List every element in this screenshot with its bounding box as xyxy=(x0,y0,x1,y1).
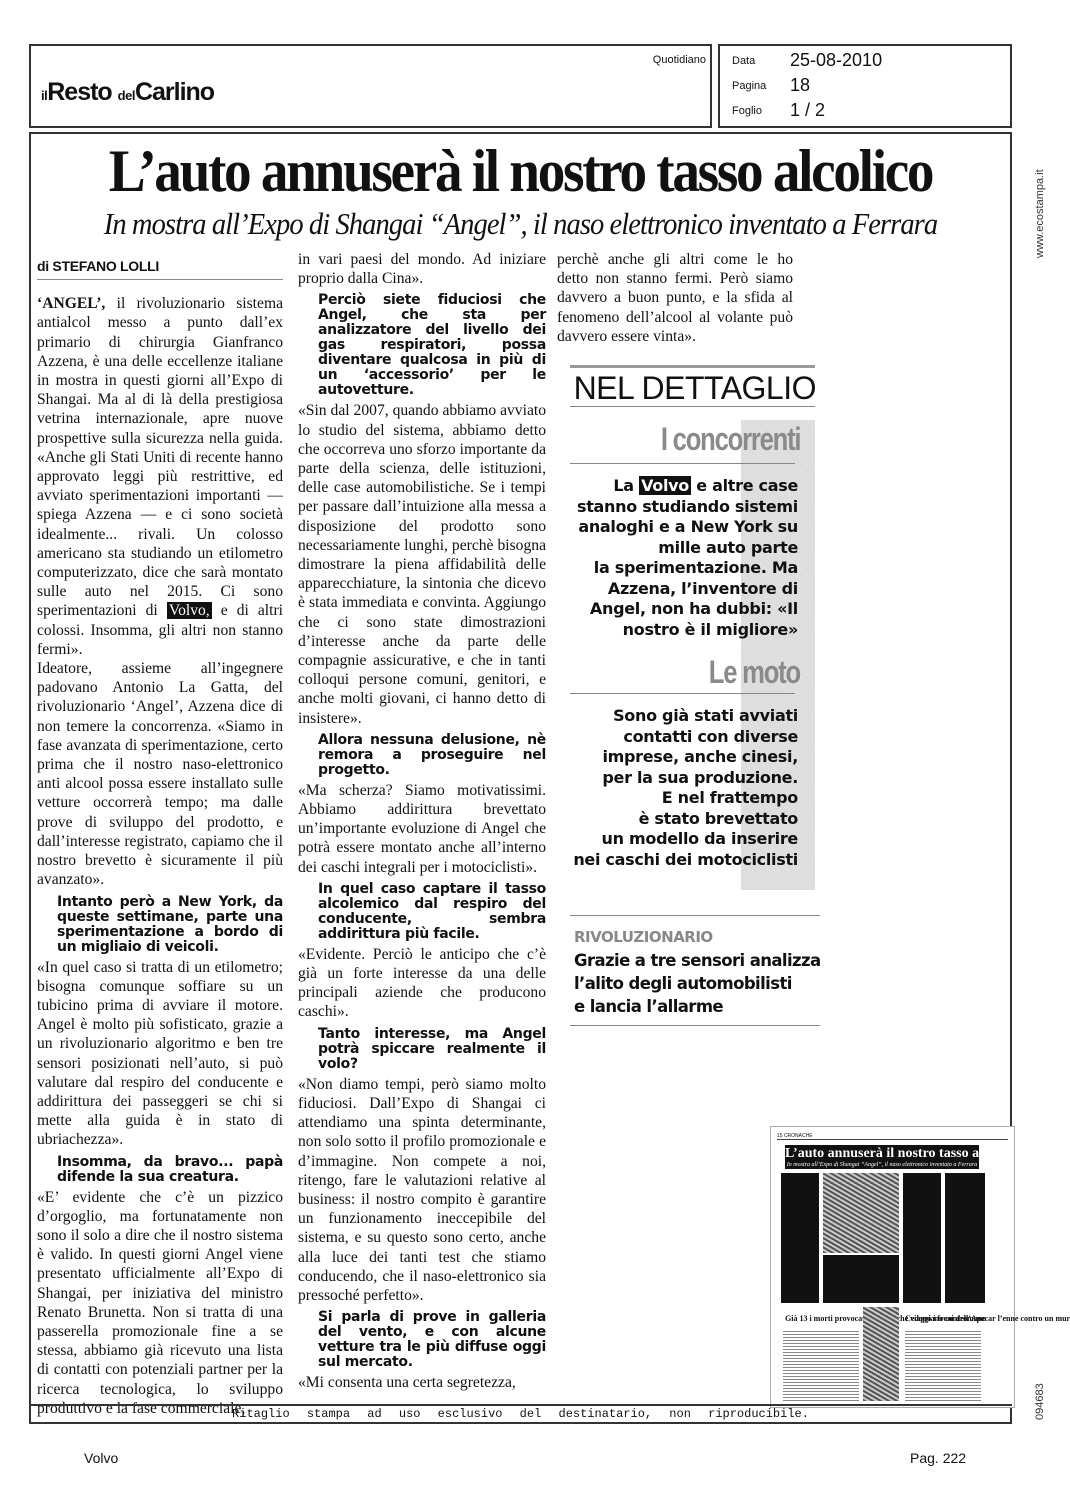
thumbnail-column xyxy=(781,1173,819,1303)
sidebar-text-competitors: La Volvo e altre case stanno studiando s… xyxy=(538,476,798,640)
paragraph: «Ma scherza? Siamo motivatissimi. Abbiam… xyxy=(298,781,546,877)
paragraph: ‘ANGEL’, il rivoluzionario sistema antia… xyxy=(37,294,283,659)
interview-question: Insomma, da bravo... papà difende la sua… xyxy=(57,1155,283,1185)
footer-page: Pag. 222 xyxy=(910,1450,966,1466)
divider xyxy=(570,406,815,407)
paragraph-text: il rivoluzionario sistema antialcol mess… xyxy=(37,295,283,619)
paragraph: «Sin dal 2007, quando abbiamo avviato lo… xyxy=(298,401,546,727)
lead-word: ‘ANGEL’, xyxy=(37,295,105,312)
meta-page: Pagina18 xyxy=(732,75,810,96)
logo-mid: del xyxy=(118,88,135,103)
meta-value: 18 xyxy=(790,75,810,95)
thumbnail-story-3-title: Cedono i freni dell’Apecar l’enne contro… xyxy=(905,1314,1070,1323)
thumbnail-text-block xyxy=(905,1331,981,1401)
issue-meta-box: Data25-08-2010 Pagina18 Foglio1 / 2 xyxy=(718,44,1012,128)
interview-question: Intanto però a New York, da queste setti… xyxy=(57,895,283,955)
meta-label: Foglio xyxy=(732,105,790,117)
paragraph: «Non diamo tempi, però siamo molto fiduc… xyxy=(298,1075,546,1305)
kicker-text: Grazie a tre sensori analizza l’alito de… xyxy=(574,949,824,1018)
paragraph: in vari paesi del mondo. Ad iniziare pro… xyxy=(298,250,546,288)
article-subheadline: In mostra all’Expo di Shangai “Angel”, i… xyxy=(70,206,971,242)
highlight-volvo: Volvo, xyxy=(167,602,212,619)
interview-question: In quel caso captare il tasso alcolemico… xyxy=(318,882,546,942)
article-headline: L’auto annuserà il nostro tasso alcolico xyxy=(70,136,971,206)
paragraph: «Evidente. Perciò le anticipo che c’è gi… xyxy=(298,945,546,1022)
sidebar-heading-competitors: I concorrenti xyxy=(661,421,800,458)
thumbnail-section-bar: 15 CRONACHE xyxy=(777,1133,1008,1140)
meta-sheet: Foglio1 / 2 xyxy=(732,100,825,121)
sidebar-text-motorbikes: Sono già stati avviati contatti con dive… xyxy=(538,706,798,870)
thumbnail-column xyxy=(823,1255,899,1303)
thumbnail-photo xyxy=(823,1173,899,1253)
divider xyxy=(570,463,795,464)
thumbnail-photo xyxy=(863,1307,899,1401)
sidebar-text: e altre case stanno studiando sistemi an… xyxy=(577,476,798,639)
article-column-2: in vari paesi del mondo. Ad iniziare pro… xyxy=(298,250,546,1392)
paragraph: perchè anche gli altri come le ho detto … xyxy=(557,250,793,346)
thumbnail-column xyxy=(945,1173,985,1303)
thumbnail-story-3: Cedono i freni dell’Apecar l’enne contro… xyxy=(905,1313,1070,1324)
interview-question: Si parla di prove in galleria del vento,… xyxy=(318,1310,546,1370)
sidebar-heading-motorbikes: Le moto xyxy=(709,654,800,691)
divider xyxy=(570,693,795,694)
thumbnail-headline-text: L’auto annuserà il nostro tasso alcolico xyxy=(785,1146,979,1161)
meta-label: Pagina xyxy=(732,80,790,92)
divider xyxy=(570,915,820,916)
kicker-label: RIVOLUZIONARIO xyxy=(574,928,713,946)
meta-label: Data xyxy=(732,55,790,67)
thumbnail-section: 15 CRONACHE xyxy=(777,1133,813,1139)
interview-question: Tanto interesse, ma Angel potrà spiccare… xyxy=(318,1027,546,1072)
logo-end: Carlino xyxy=(135,78,214,106)
highlight-volvo: Volvo xyxy=(639,476,691,495)
thumbnail-text-block xyxy=(783,1331,859,1401)
byline: di STEFANO LOLLI xyxy=(37,257,283,280)
sidebar-title: NEL DETTAGLIO xyxy=(0,370,816,407)
page-thumbnail: 15 CRONACHE L’auto annuserà il nostro ta… xyxy=(770,1126,1015,1408)
publication-logo: ilResto delCarlino xyxy=(41,78,214,107)
interview-question: Allora nessuna delusione, nè remora a pr… xyxy=(318,733,546,778)
paragraph: Ideatore, assieme all’ingegnere padovano… xyxy=(37,659,283,889)
publication-type: Quotidiano xyxy=(653,54,706,66)
meta-value: 1 / 2 xyxy=(790,100,825,120)
paragraph: «Mi consenta una certa segretezza, xyxy=(298,1373,546,1392)
document-code: 094683 xyxy=(1034,1383,1046,1420)
divider xyxy=(570,365,815,368)
logo-main: Resto xyxy=(47,78,111,106)
meta-value: 25-08-2010 xyxy=(790,50,882,70)
thumbnail-headline: L’auto annuserà il nostro tasso alcolico… xyxy=(785,1145,979,1169)
meta-date: Data25-08-2010 xyxy=(732,50,882,71)
disclaimer: Ritaglio stampa ad uso esclusivo del des… xyxy=(29,1404,1012,1422)
footer-keyword: Volvo xyxy=(84,1450,118,1466)
article-column-3: perchè anche gli altri come le ho detto … xyxy=(557,250,793,346)
website-label: www.ecostampa.it xyxy=(1034,169,1046,258)
article-column-1: di STEFANO LOLLI ‘ANGEL’, il rivoluziona… xyxy=(37,257,283,1418)
thumbnail-subheadline: In mostra all’Expo di Shangai “Angel”, i… xyxy=(785,1162,979,1169)
paragraph: «In quel caso si tratta di un etilometro… xyxy=(37,958,283,1150)
sidebar-text: La xyxy=(613,476,639,495)
divider xyxy=(570,1025,820,1026)
thumbnail-box xyxy=(903,1173,941,1303)
masthead-box: ilResto delCarlino Quotidiano xyxy=(29,44,712,128)
paragraph: «E’ evidente che c’è un pizzico d’orgogl… xyxy=(37,1188,283,1418)
